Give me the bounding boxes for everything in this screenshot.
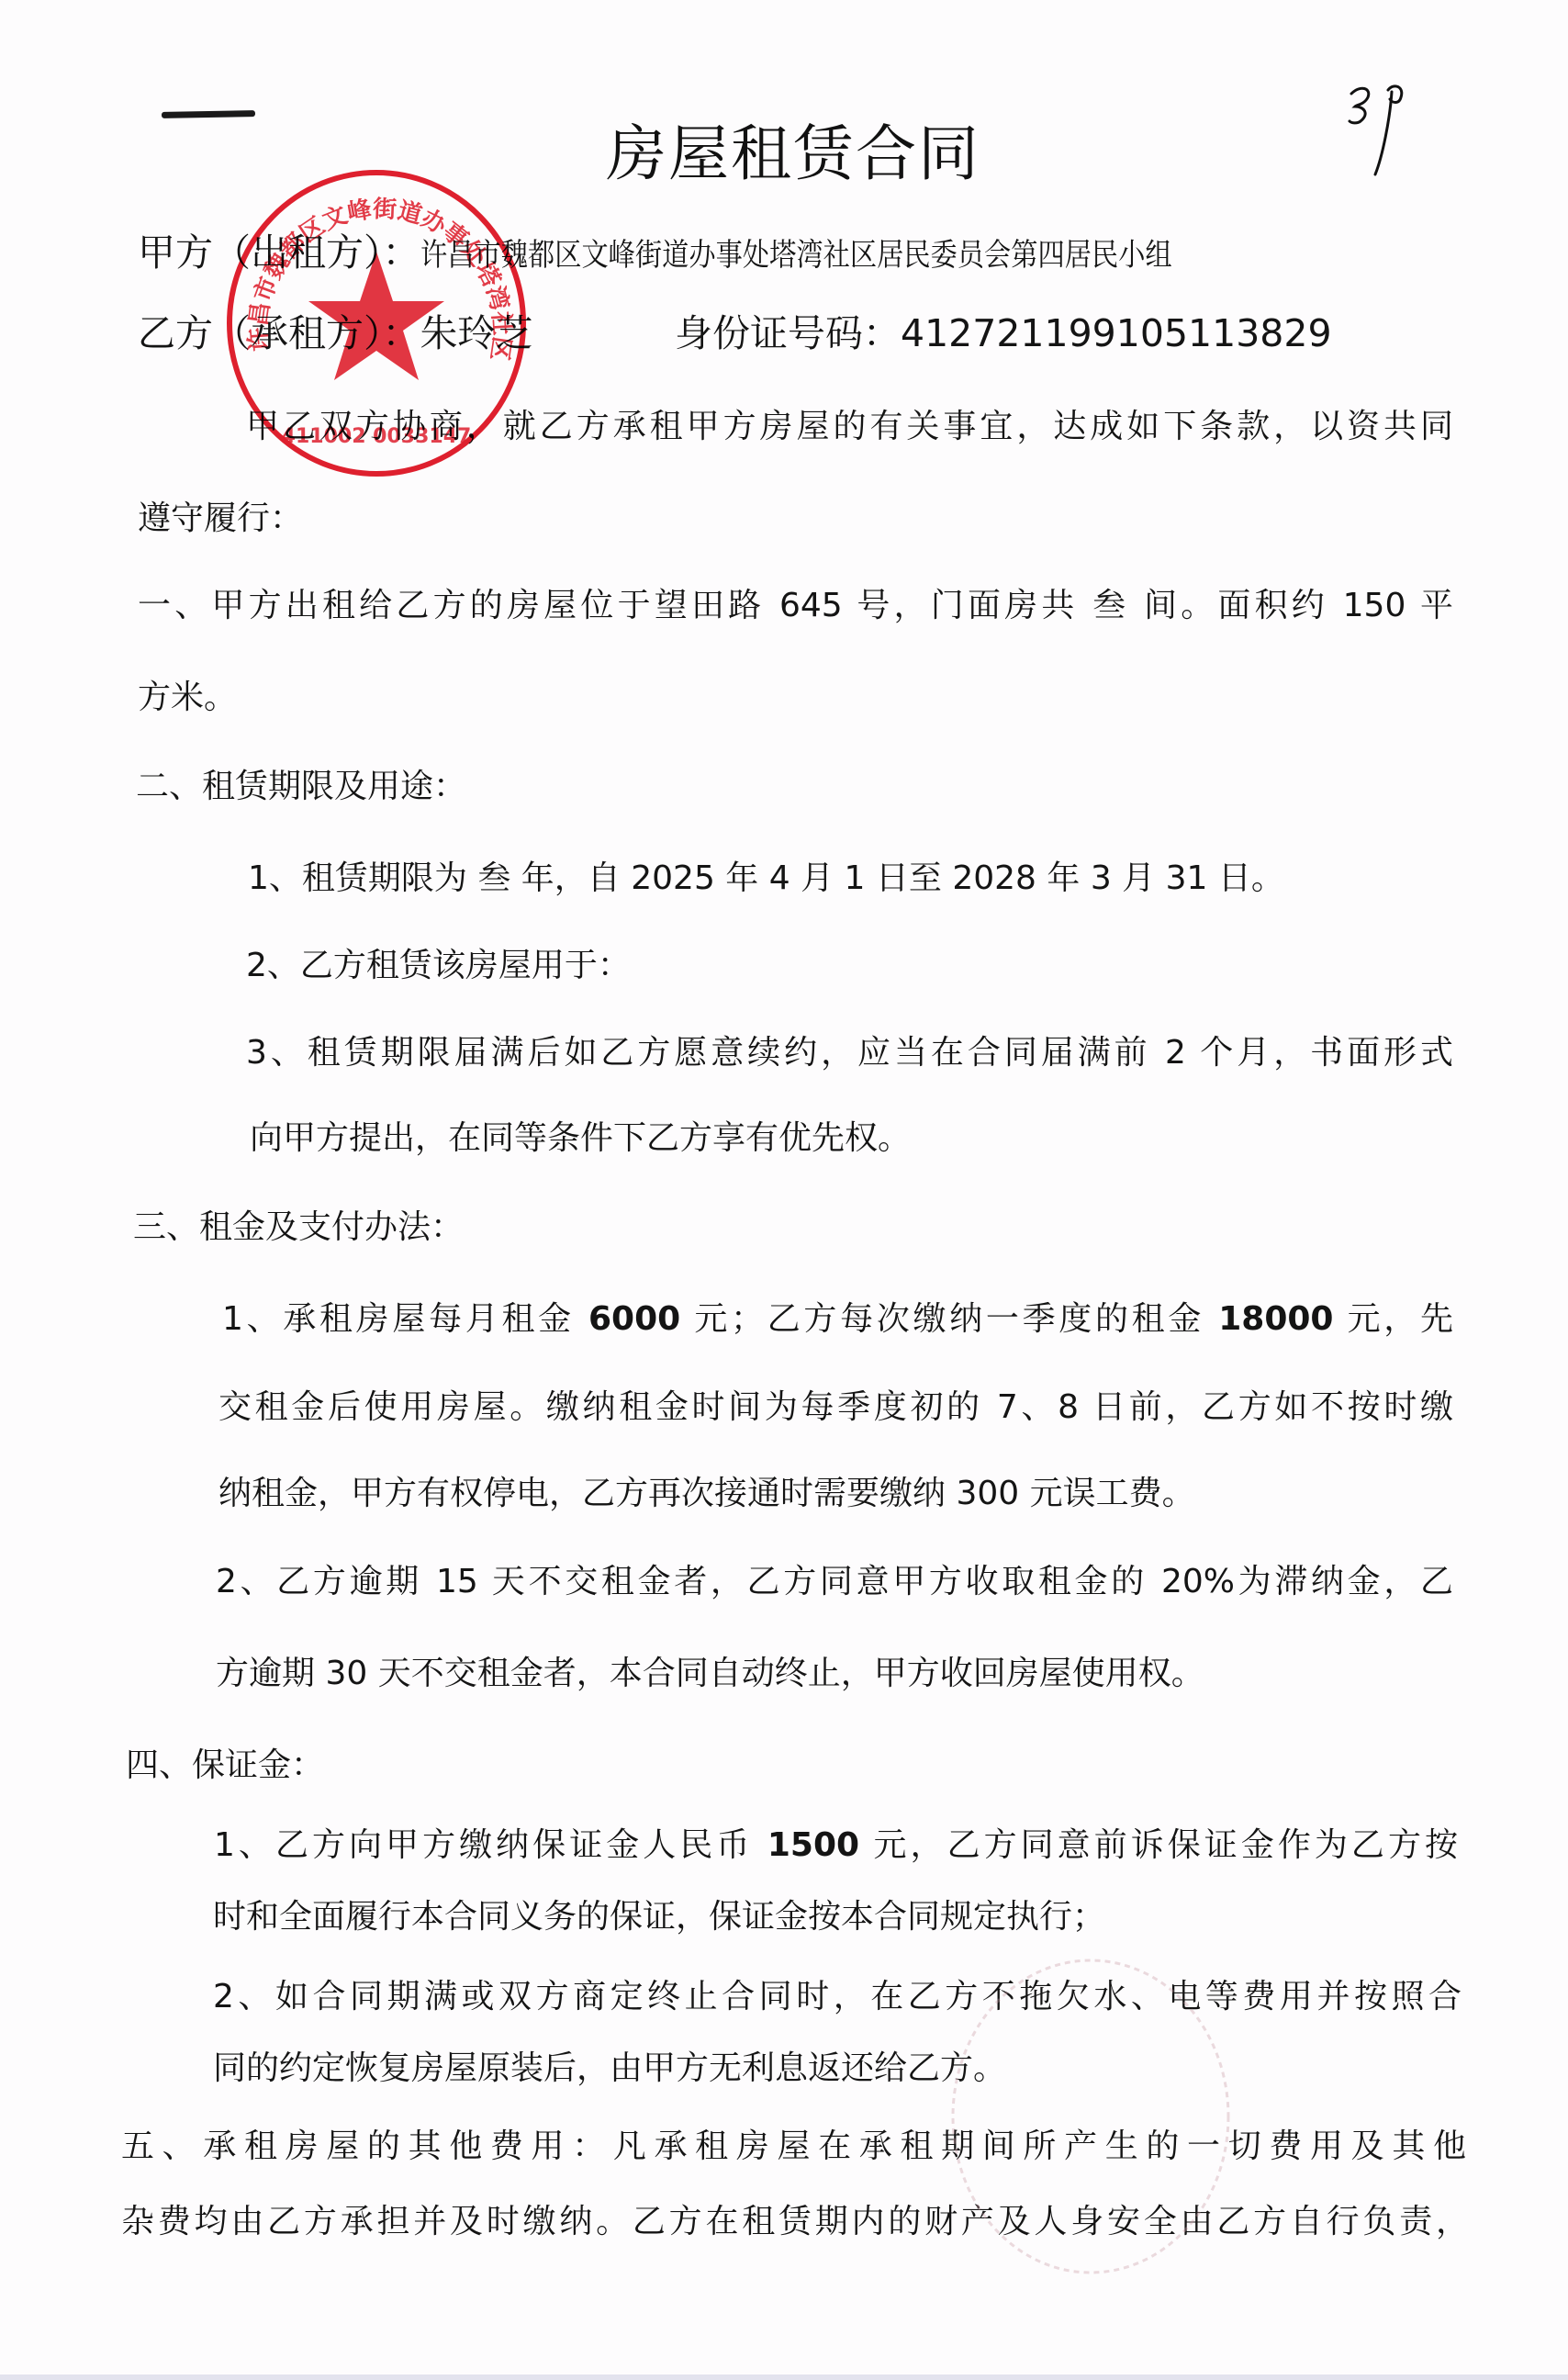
section2-item2: 2、乙方租赁该房屋用于： xyxy=(246,946,631,986)
party-b-id-label: 身份证号码： xyxy=(675,311,901,355)
section2-item3-line1: 3、租赁期限届满后如乙方愿意续约，应当在合同届满前 2 个月，书面形式 xyxy=(246,1033,1453,1073)
section3-item1-line2: 交租金后使用房屋。缴纳租金时间为每季度初的 7、8 日前，乙方如不按时缴 xyxy=(218,1387,1453,1428)
party-b-line: 乙方（承租方）：朱玲芝 xyxy=(138,313,533,356)
quarterly-rent-value: 18000 xyxy=(1218,1300,1333,1338)
deposit-text: 1、乙方向甲方缴纳保证金人民币 xyxy=(214,1826,767,1864)
handwritten-dash-mark xyxy=(162,110,255,118)
rent-text: 元，先 xyxy=(1333,1300,1453,1338)
section1-line-1: 一、甲方出租给乙方的房屋位于望田路 645 号，门面房共 叁 间。面积约 150… xyxy=(138,586,1453,626)
monthly-rent-value: 6000 xyxy=(588,1300,680,1338)
section2-heading: 二、租赁期限及用途： xyxy=(136,767,466,807)
deposit-text: 元，乙方同意前诉保证金作为乙方按 xyxy=(859,1826,1458,1864)
rent-text: 元；乙方每次缴纳一季度的租金 xyxy=(680,1300,1218,1338)
party-a-line: 甲方（出租方）：许昌市魏都区文峰街道办事处塔湾社区居民委员会第四居民小组 xyxy=(138,232,1294,275)
party-b-name: 朱玲芝 xyxy=(420,311,533,355)
party-a-label: 甲方（出租方）： xyxy=(138,230,420,275)
party-b-label: 乙方（承租方）： xyxy=(138,311,420,355)
intro-line-1: 甲乙双方协商，就乙方承租甲方房屋的有关事宜，达成如下条款，以资共同 xyxy=(246,407,1453,447)
scan-bottom-edge xyxy=(0,2374,1568,2380)
deposit-value: 1500 xyxy=(767,1826,859,1864)
section3-item1-line1: 1、承租房屋每月租金 6000 元；乙方每次缴纳一季度的租金 18000 元，先 xyxy=(222,1299,1453,1340)
section3-item2-line2: 方逾期 30 天不交租金者，本合同自动终止，甲方收回房屋使用权。 xyxy=(216,1654,1204,1694)
party-a-value: 许昌市魏都区文峰街道办事处塔湾社区居民委员会第四居民小组 xyxy=(420,235,1172,275)
section4-item1-line1: 1、乙方向甲方缴纳保证金人民币 1500 元，乙方同意前诉保证金作为乙方按 xyxy=(214,1825,1458,1866)
section3-item1-line3: 纳租金，甲方有权停电，乙方再次接通时需要缴纳 300 元误工费。 xyxy=(218,1474,1195,1514)
section3-heading: 三、租金及支付办法： xyxy=(133,1207,464,1248)
section4-item2-line2: 同的约定恢复房屋原装后，由甲方无利息返还给乙方。 xyxy=(213,2049,1006,2089)
party-b-id-line: 身份证号码：412721199105113829 xyxy=(675,313,1332,356)
section4-item2-line1: 2、如合同期满或双方商定终止合同时，在乙方不拖欠水、电等费用并按照合 xyxy=(213,1977,1462,2017)
section1-line-2: 方米。 xyxy=(138,678,237,718)
section5-line1: 五、承租房屋的其他费用：凡承租房屋在承租期间所产生的一切费用及其他 xyxy=(121,2127,1466,2167)
section4-heading: 四、保证金： xyxy=(126,1746,324,1786)
section5-line2: 杂费均由乙方承担并及时缴纳。乙方在租赁期内的财产及人身安全由乙方自行负责， xyxy=(121,2202,1469,2242)
intro-line-2: 遵守履行： xyxy=(138,499,303,539)
section4-item1-line2: 时和全面履行本合同义务的保证，保证金按本合同规定执行； xyxy=(213,1897,1105,1937)
section2-item1: 1、租赁期限为 叁 年，自 2025 年 4 月 1 日至 2028 年 3 月… xyxy=(248,859,1284,899)
rent-text: 1、承租房屋每月租金 xyxy=(222,1300,588,1338)
section3-item2-line1: 2、乙方逾期 15 天不交租金者，乙方同意甲方收取租金的 20%为滞纳金，乙 xyxy=(216,1562,1453,1602)
document-title: 房屋租赁合同 xyxy=(606,118,991,191)
party-b-id-value: 412721199105113829 xyxy=(901,311,1332,355)
contract-page: 房屋租赁合同 甲方（出租方）：许昌市魏都区文峰街道办事处塔湾社区居民委员会第四居… xyxy=(0,0,1568,2380)
handwritten-page-number xyxy=(1348,83,1421,184)
section2-item3-line2: 向甲方提出，在同等条件下乙方享有优先权。 xyxy=(250,1118,911,1159)
